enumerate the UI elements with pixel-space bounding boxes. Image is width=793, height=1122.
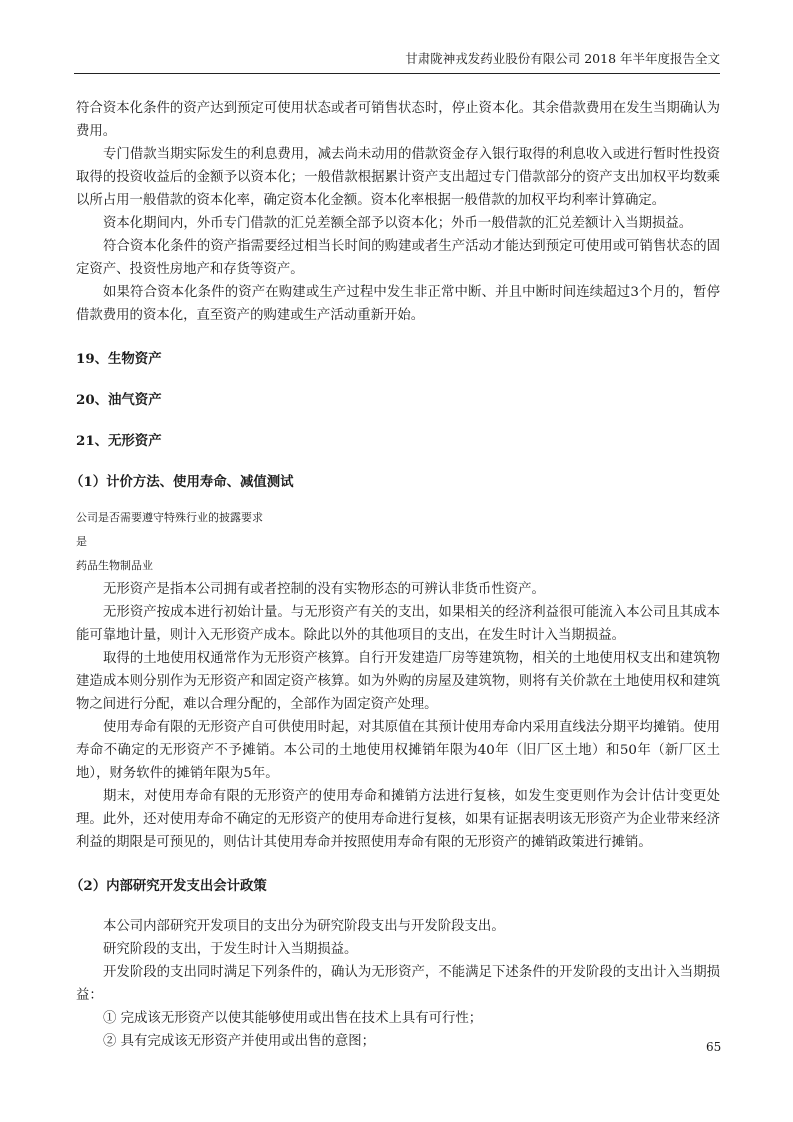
page-content: 符合资本化条件的资产达到预定可使用状态或者可销售状态时，停止资本化。其余借款费用… <box>76 97 720 1053</box>
paragraph: 开发阶段的支出同时满足下列条件的，确认为无形资产，不能满足下述条件的开发阶段的支… <box>76 961 720 1007</box>
paragraph: 使用寿命有限的无形资产自可供使用时起，对其原值在其预计使用寿命内采用直线法分期平… <box>76 716 720 785</box>
paragraph: 专门借款当期实际发生的利息费用，减去尚未动用的借款资金存入银行取得的利息收入或进… <box>76 143 720 212</box>
section-heading-19: 19、生物资产 <box>76 348 720 371</box>
paragraph: 资本化期间内，外币专门借款的汇兑差额全部予以资本化；外币一般借款的汇兑差额计入当… <box>76 212 720 235</box>
paragraph: 符合资本化条件的资产指需要经过相当长时间的购建或者生产活动才能达到预定可使用或可… <box>76 235 720 281</box>
paragraph: 取得的土地使用权通常作为无形资产核算。自行开发建造厂房等建筑物，相关的土地使用权… <box>76 647 720 716</box>
header-title: 甘肃陇神戎发药业股份有限公司 2018 年半年度报告全文 <box>405 51 720 66</box>
paragraph: 符合资本化条件的资产达到预定可使用状态或者可销售状态时，停止资本化。其余借款费用… <box>76 97 720 143</box>
disclosure-industry: 药品生物制品业 <box>76 554 720 578</box>
list-item: ② 具有完成该无形资产并使用或出售的意图； <box>76 1030 720 1053</box>
paragraph: 期末，对使用寿命有限的无形资产的使用寿命和摊销方法进行复核，如发生变更则作为会计… <box>76 785 720 854</box>
paragraph: 本公司内部研究开发项目的支出分为研究阶段支出与开发阶段支出。 <box>76 915 720 938</box>
paragraph: 无形资产是指本公司拥有或者控制的没有实物形态的可辨认非货币性资产。 <box>76 578 720 601</box>
section-heading-21: 21、无形资产 <box>76 430 720 453</box>
subsection-heading-2: （2）内部研究开发支出会计政策 <box>70 875 720 898</box>
subsection-heading-1: （1）计价方法、使用寿命、减值测试 <box>70 471 720 494</box>
paragraph: 无形资产按成本进行初始计量。与无形资产有关的支出，如果相关的经济利益很可能流入本… <box>76 601 720 647</box>
section-heading-20: 20、油气资产 <box>76 389 720 412</box>
disclosure-question: 公司是否需要遵守特殊行业的披露要求 <box>76 506 720 530</box>
paragraph: 如果符合资本化条件的资产在购建或生产过程中发生非正常中断、并且中断时间连续超过3… <box>76 281 720 327</box>
paragraph: 研究阶段的支出，于发生时计入当期损益。 <box>76 938 720 961</box>
disclosure-answer: 是 <box>76 530 720 554</box>
page-number: 65 <box>706 1040 721 1054</box>
list-item: ① 完成该无形资产以使其能够使用或出售在技术上具有可行性； <box>76 1007 720 1030</box>
page-header: 甘肃陇神戎发药业股份有限公司 2018 年半年度报告全文 <box>74 50 720 74</box>
